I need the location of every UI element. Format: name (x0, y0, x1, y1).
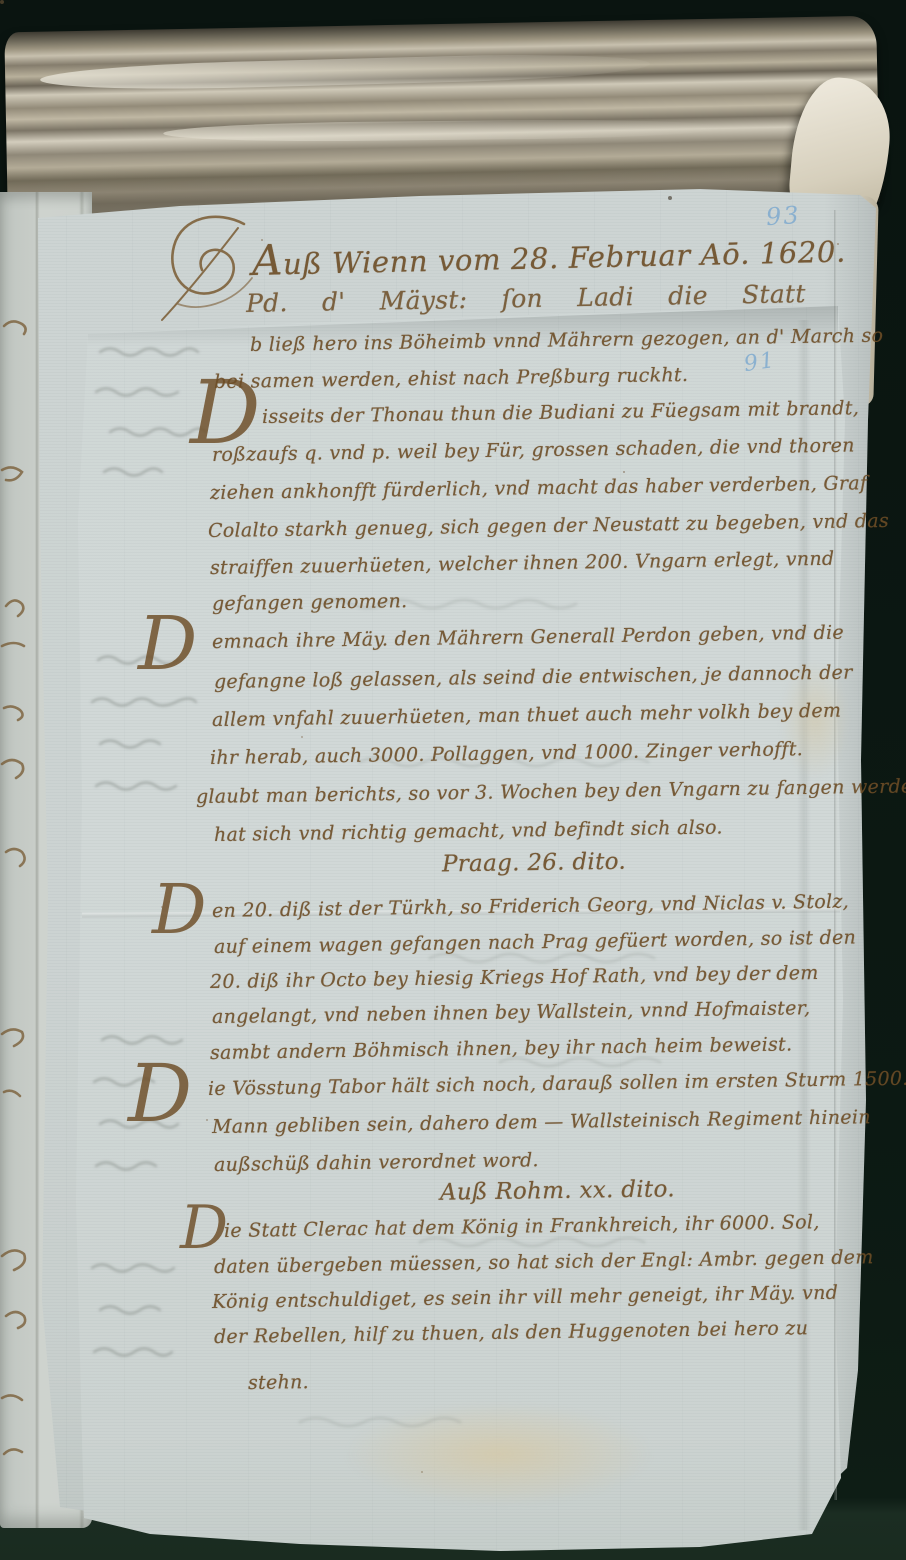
paragraph-initial: D (152, 884, 207, 938)
paragraph-initial: D (138, 615, 197, 674)
paragraph-initial: D (190, 378, 261, 448)
left-margin-ink-fragments (2, 321, 26, 1454)
dateline-rom: Auß Rohm. xx. dito. (440, 1176, 675, 1205)
text-line: stehn. (248, 1371, 309, 1394)
paragraph-initial: D (128, 1062, 192, 1126)
archival-photo-scene: 93 Auß Wienn vom 28. Februar Aō. 1620. P… (0, 0, 906, 1560)
paragraph-initial: D (180, 1204, 228, 1252)
dust-specks (0, 0, 4, 4)
dateline-prag: Praag. 26. dito. (442, 849, 626, 878)
text-line: gefangen genomen. (212, 590, 408, 615)
